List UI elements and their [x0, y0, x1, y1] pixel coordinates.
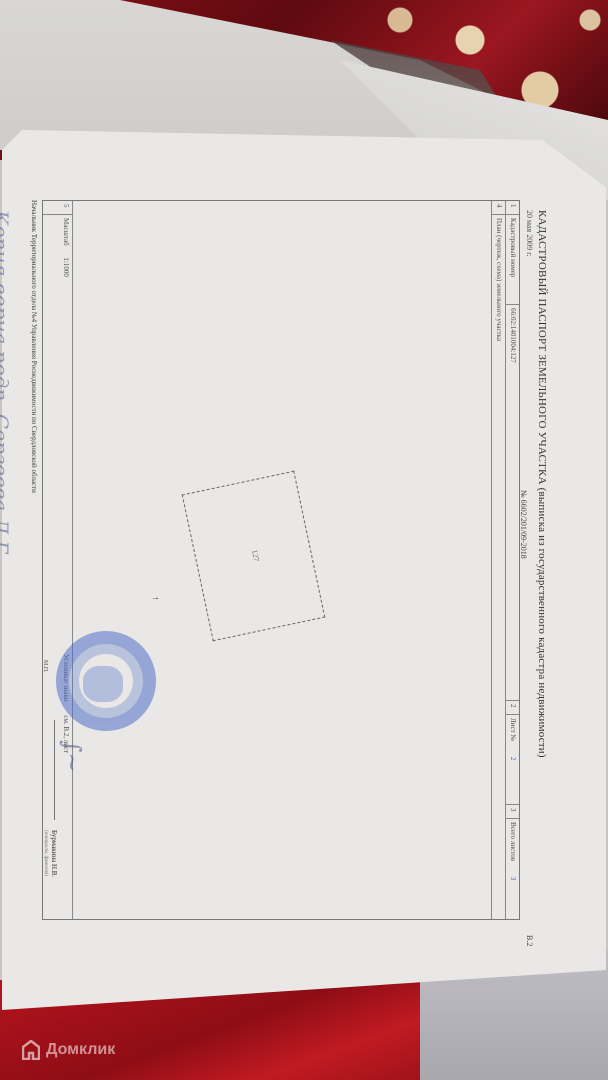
- document-title: КАДАСТРОВЫЙ ПАСПОРТ ЗЕМЕЛЬНОГО УЧАСТКА (…: [536, 210, 548, 970]
- document-date: 20 мая 2009 г.: [525, 210, 534, 257]
- total-sheets-value: 3: [509, 877, 517, 881]
- cadastral-passport: КАДАСТРОВЫЙ ПАСПОРТ ЗЕМЕЛЬНОГО УЧАСТКА (…: [28, 190, 548, 980]
- page-reference: В.2: [525, 935, 534, 946]
- watermark-brand: Домклик: [46, 1041, 115, 1059]
- home-icon: [22, 1040, 40, 1060]
- signer-caption: (инициалы, фамилия): [43, 830, 48, 876]
- plan-drawing-area: 127 ↑: [71, 201, 491, 919]
- sheet-number-label: Лист №: [509, 718, 517, 741]
- cadastral-number-value: 66:02:1401004:127: [506, 305, 519, 701]
- total-sheets: Всего листов 3: [506, 819, 519, 921]
- table-row-scale: 5 Масштаб 1:1000 Условные знаки см. В.2,…: [43, 201, 73, 919]
- total-sheets-label: Всего листов: [509, 822, 517, 861]
- signer-name: Бурмакина Н.В.: [50, 830, 58, 877]
- domclick-watermark: Домклик: [22, 1040, 115, 1060]
- land-plot-outline: 127: [182, 471, 326, 642]
- row-number: 2: [506, 701, 519, 715]
- document-number: № 6602/201/09-2018: [519, 490, 528, 559]
- north-arrow-icon: ↑: [151, 596, 161, 601]
- row-number: 1: [506, 201, 519, 215]
- form-table: 1 Кадастровый номер 66:02:1401004:127 2 …: [42, 200, 520, 920]
- official-stamp: [56, 631, 156, 731]
- handwritten-certification: Копия верна подп. Сергеева Л.Г.: [0, 210, 13, 560]
- coat-of-arms-icon: [83, 666, 123, 702]
- scale: Масштаб 1:1000: [43, 215, 72, 635]
- table-row-header: 1 Кадастровый номер 66:02:1401004:127 2 …: [505, 201, 519, 919]
- row-number: 4: [492, 201, 505, 215]
- scale-label: Масштаб: [62, 218, 70, 246]
- table-row-plan: 4 План (чертеж, схема) земельного участк…: [491, 201, 505, 919]
- sheet-number-value: 2: [509, 757, 517, 761]
- seal-place: М.П.: [42, 660, 48, 673]
- sheet-number: Лист № 2: [506, 715, 519, 805]
- plan-label: План (чертеж, схема) земельного участка: [492, 215, 505, 615]
- pen-signature: ∫~: [58, 740, 86, 773]
- plot-number: 127: [250, 549, 261, 563]
- row-number: 5: [43, 201, 72, 215]
- row-number: 3: [506, 805, 519, 819]
- signature-line: [54, 720, 55, 820]
- scale-value: 1:1000: [62, 257, 70, 276]
- official-position: Начальник Территориального отдела №4 Упр…: [30, 200, 38, 960]
- cadastral-number-label: Кадастровый номер: [506, 215, 519, 305]
